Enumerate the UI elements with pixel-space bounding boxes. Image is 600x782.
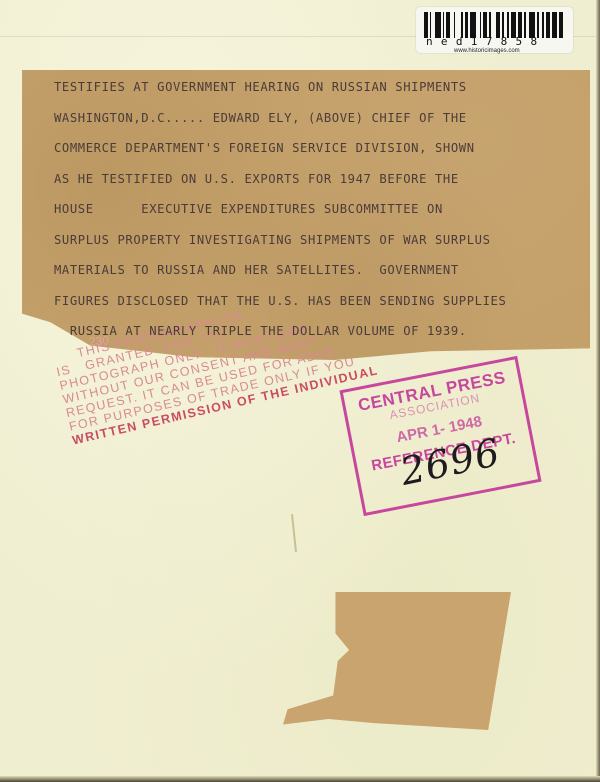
caption-line: AS HE TESTIFIED ON U.S. EXPORTS FOR 1947… [54, 171, 506, 202]
caption-line: RUSSIA AT NEARLY TRIPLE THE DOLLAR VOLUM… [54, 323, 506, 354]
barcode-id: ned17858 [426, 36, 566, 47]
caption-line: COMMERCE DEPARTMENT'S FOREIGN SERVICE DI… [54, 140, 506, 171]
barcode-site: www.historicimages.com [454, 48, 520, 54]
caption-line: WASHINGTON,D.C..... EDWARD ELY, (ABOVE) … [54, 110, 506, 141]
caption-line: FIGURES DISCLOSED THAT THE U.S. HAS BEEN… [54, 293, 506, 324]
paper-right-edge [596, 0, 600, 782]
caption-line: MATERIALS TO RUSSIA AND HER SATELLITES. … [54, 262, 506, 293]
paper-bottom-edge [0, 776, 600, 782]
barcode-label: ned17858 www.historicimages.com [416, 7, 573, 53]
caption-line: TESTIFIES AT GOVERNMENT HEARING ON RUSSI… [54, 79, 506, 110]
barcode-bar [563, 12, 565, 38]
caption-line: SURPLUS PROPERTY INVESTIGATING SHIPMENTS… [54, 232, 506, 263]
caption-text: TESTIFIES AT GOVERNMENT HEARING ON RUSSI… [54, 79, 506, 354]
caption-line: HOUSE EXECUTIVE EXPENDITURES SUBCOMMITTE… [54, 201, 506, 232]
